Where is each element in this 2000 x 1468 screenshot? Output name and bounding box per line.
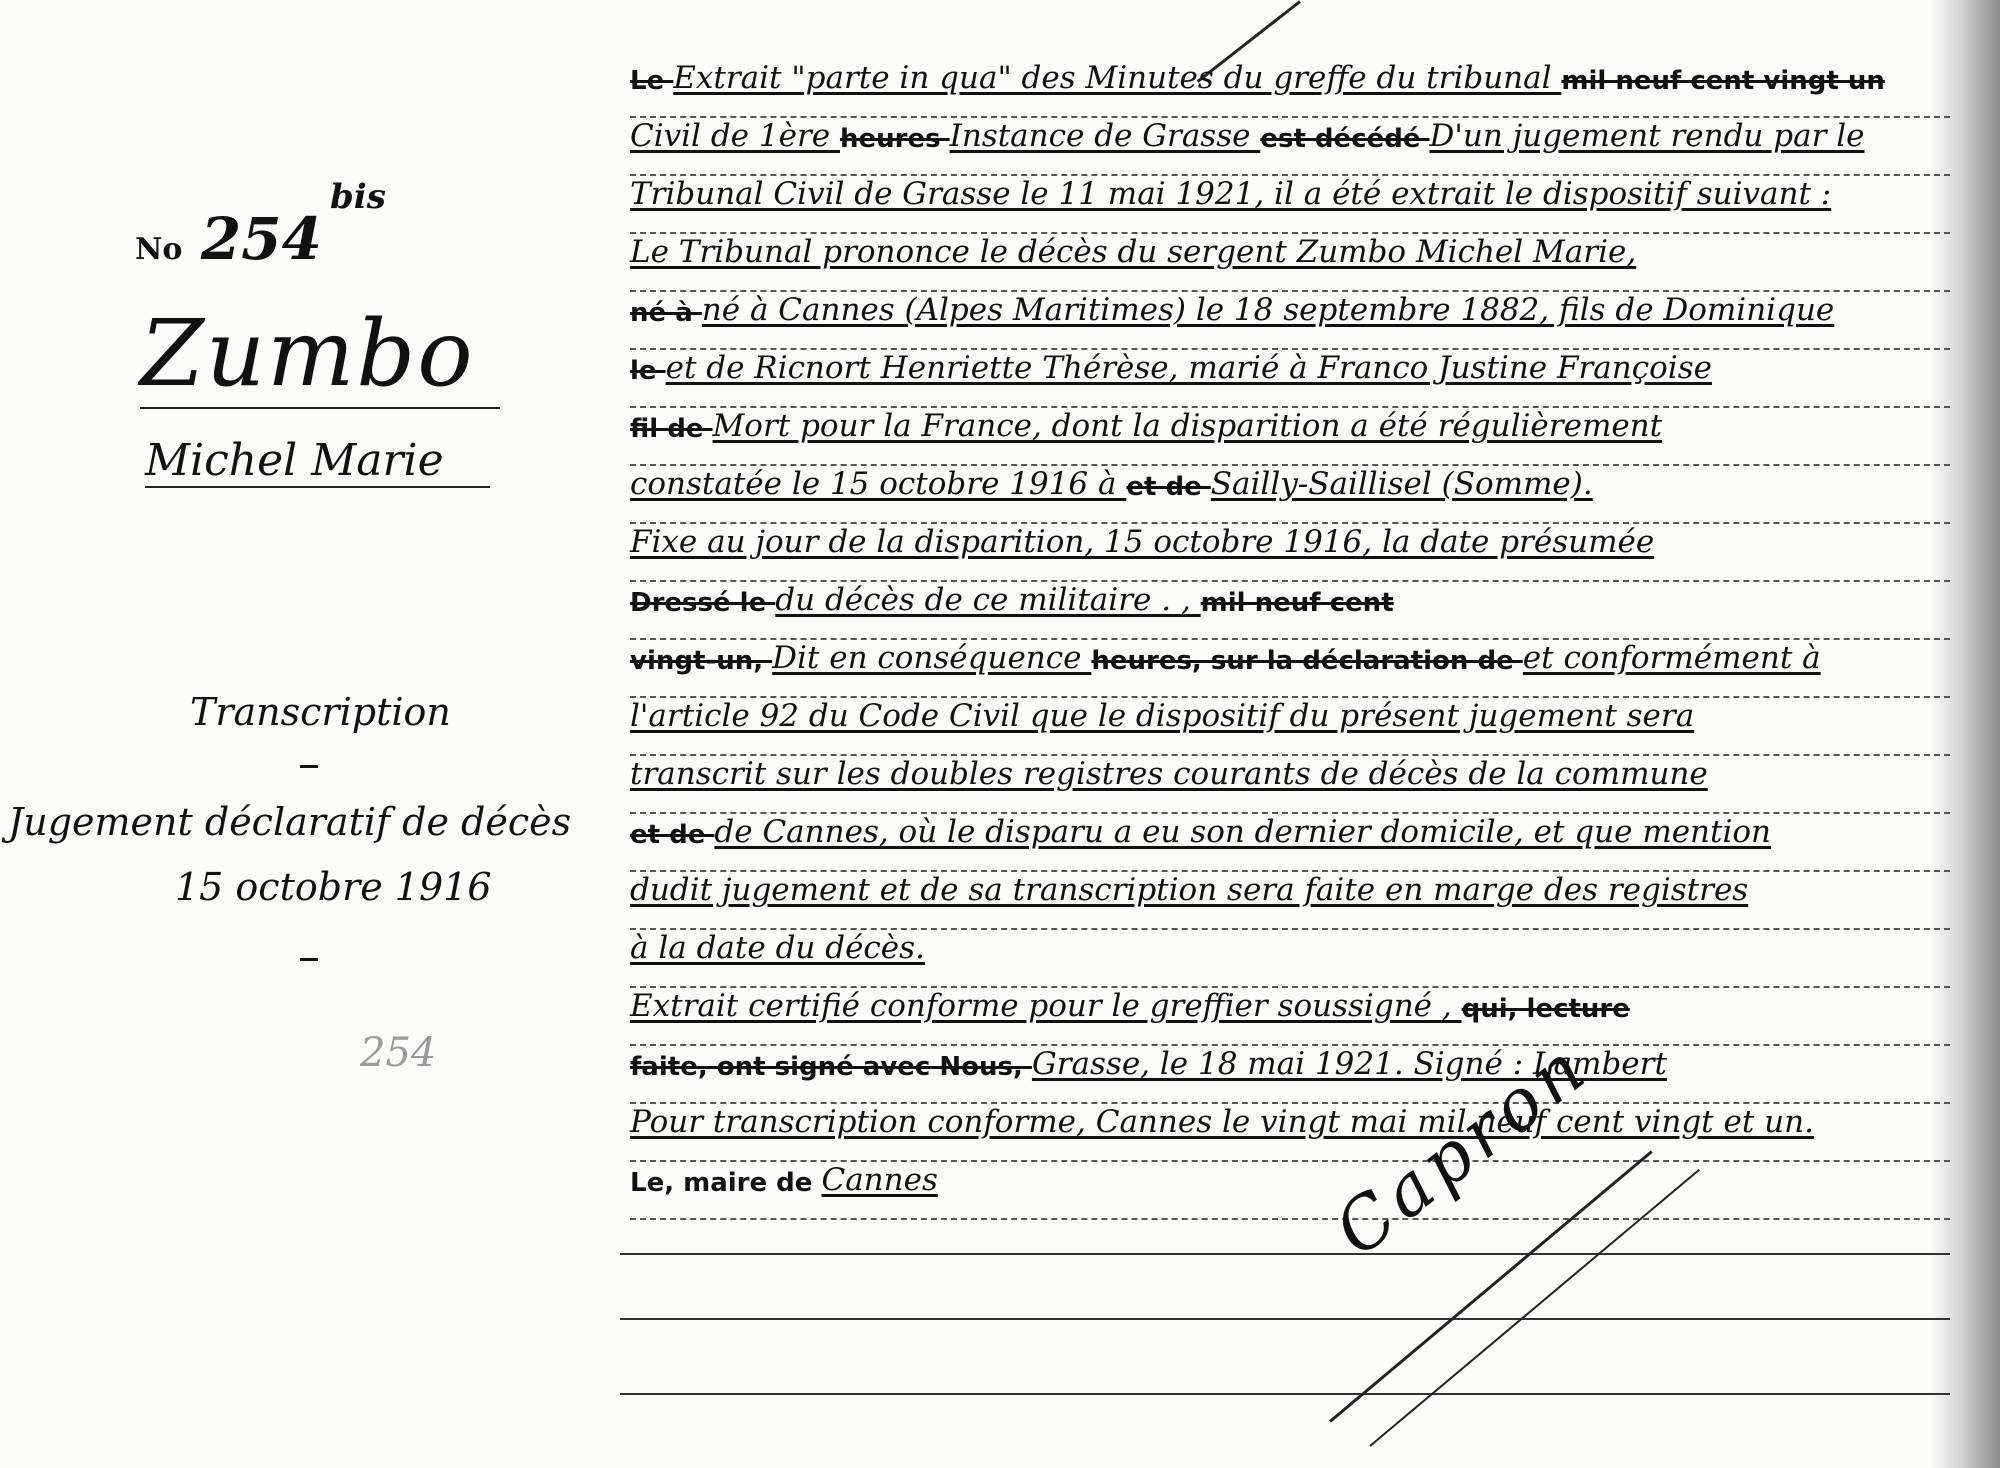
struck-text: vingt-un, <box>630 646 772 676</box>
label-judgment: Jugement déclaratif de décès <box>8 800 571 844</box>
number-value: 254 <box>201 205 322 273</box>
surname: Zumbo <box>140 300 500 409</box>
text-line: Extrait certifié conforme pour le greffi… <box>630 988 1950 1046</box>
margin-column: No 254 bis Zumbo Michel Marie Transcript… <box>0 0 620 1468</box>
number-suffix: bis <box>330 177 386 217</box>
struck-text: Le <box>630 66 673 96</box>
text-line: et de de Cannes, où le disparu a eu son … <box>630 814 1950 872</box>
struck-text: né à <box>630 298 702 328</box>
struck-text: et de <box>1126 472 1210 502</box>
text-line: l'article 92 du Code Civil que le dispos… <box>630 698 1950 756</box>
text-line: Le Tribunal prononce le décès du sergent… <box>630 234 1950 292</box>
handwritten-text: constatée le 15 octobre 1916 à <box>630 466 1126 502</box>
faint-annotation: 254 <box>360 1030 436 1076</box>
text-line: constatée le 15 octobre 1916 à et de Sai… <box>630 466 1950 524</box>
struck-text: faite, ont signé avec Nous, <box>630 1052 1032 1082</box>
struck-text: le <box>630 356 666 386</box>
handwritten-text: de Cannes, où le disparu a eu son dernie… <box>714 814 1771 850</box>
handwritten-text: , <box>1442 988 1462 1024</box>
handwritten-text: à la date du décès. <box>630 930 925 966</box>
text-line: dudit jugement et de sa transcription se… <box>630 872 1950 930</box>
handwritten-text: Cannes <box>821 1162 937 1198</box>
text-line: né à né à Cannes (Alpes Maritimes) le 18… <box>630 292 1950 350</box>
struck-text: fil de <box>630 414 713 444</box>
ruled-line <box>620 1318 1950 1320</box>
handwritten-text: Instance de Grasse <box>950 118 1261 154</box>
handwritten-text: dudit jugement et de sa transcription se… <box>630 872 1748 908</box>
text-line: Dressé le du décès de ce militaire . , m… <box>630 582 1950 640</box>
struck-text: est décédé <box>1260 124 1429 154</box>
handwritten-text: Pour transcription conforme, Cannes le v… <box>630 1104 1814 1140</box>
given-names: Michel Marie <box>145 435 490 488</box>
handwritten-text: Extrait "parte in qua" des Minutes du gr… <box>673 60 1561 96</box>
ruled-line <box>620 1393 1950 1395</box>
handwritten-text: Mort pour la France, dont la disparition… <box>713 408 1663 444</box>
text-line: vingt-un, Dit en conséquence heures, sur… <box>630 640 1950 698</box>
handwritten-text: et conformément à <box>1523 640 1821 676</box>
handwritten-text: et de Ricnort Henriette Thérèse, marié à… <box>666 350 1712 386</box>
handwritten-text: Le Tribunal prononce le décès du sergent… <box>630 234 1636 270</box>
struck-text: heures <box>840 124 950 154</box>
handwritten-text: Tribunal Civil de Grasse le 11 mai 1921,… <box>630 176 1831 212</box>
handwritten-text: Fixe au jour de la disparition, 15 octob… <box>630 524 1654 560</box>
struck-text: mil neuf cent vingt un <box>1561 66 1885 96</box>
label-date: 15 octobre 1916 <box>175 865 492 909</box>
text-line: Civil de 1ère heures Instance de Grasse … <box>630 118 1950 176</box>
divider <box>300 958 318 961</box>
handwritten-text: Dit en conséquence <box>772 640 1091 676</box>
handwritten-text: Le, maire de <box>630 1168 821 1198</box>
struck-text: qui, lecture <box>1462 994 1630 1024</box>
text-line: le et de Ricnort Henriette Thérèse, mari… <box>630 350 1950 408</box>
text-line: à la date du décès. <box>630 930 1950 988</box>
handwritten-text: transcrit sur les doubles registres cour… <box>630 756 1708 792</box>
handwritten-text: Sailly-Saillisel (Somme). <box>1211 466 1593 502</box>
handwritten-text: Extrait certifié conforme pour le greffi… <box>630 988 1442 1024</box>
text-line: Pour transcription conforme, Cannes le v… <box>630 1104 1950 1162</box>
handwritten-text: , <box>1181 582 1201 618</box>
text-line: Fixe au jour de la disparition, 15 octob… <box>630 524 1950 582</box>
divider <box>300 765 318 768</box>
handwritten-text: l'article 92 du Code Civil que le dispos… <box>630 698 1694 734</box>
handwritten-text: né à Cannes (Alpes Maritimes) le 18 sept… <box>702 292 1834 328</box>
register-number: No 254 bis <box>135 205 322 273</box>
text-line: transcrit sur les doubles registres cour… <box>630 756 1950 814</box>
struck-text: heures, sur la déclaration de <box>1091 646 1522 676</box>
handwritten-text: du décès de ce militaire . <box>775 582 1181 618</box>
ruled-line <box>620 1253 1950 1255</box>
handwritten-text: Civil de 1ère <box>630 118 840 154</box>
struck-text: et de <box>630 820 714 850</box>
text-line: Le, maire de Cannes <box>630 1162 1950 1220</box>
struck-text: Dressé le <box>630 588 775 618</box>
handwritten-text: D'un jugement rendu par le <box>1430 118 1865 154</box>
text-line: fil de Mort pour la France, dont la disp… <box>630 408 1950 466</box>
text-line: Tribunal Civil de Grasse le 11 mai 1921,… <box>630 176 1950 234</box>
struck-text: mil neuf cent <box>1201 588 1394 618</box>
text-line: Le Extrait "parte in qua" des Minutes du… <box>630 60 1950 118</box>
text-line: faite, ont signé avec Nous, Grasse, le 1… <box>630 1046 1950 1104</box>
number-prefix: No <box>135 232 182 267</box>
label-transcription: Transcription <box>190 690 451 734</box>
